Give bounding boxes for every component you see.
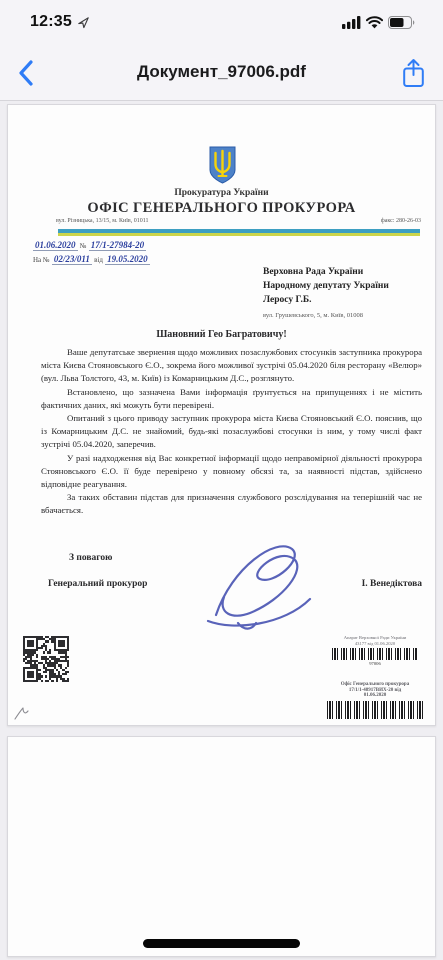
letter-body: Ваше депутатське звернення щодо можливих…: [41, 346, 422, 518]
outgoing-date: 01.06.2020: [33, 240, 78, 251]
letterhead-contact-row: вул. Різницька, 13/15, м. Київ, 01011 фа…: [56, 218, 421, 224]
signer-title: Генеральний прокурор: [48, 579, 147, 589]
paragraph: У разі надходження від Вас конкретної ін…: [41, 452, 422, 492]
document-title: Документ_97006.pdf: [137, 62, 306, 82]
share-button[interactable]: [397, 54, 429, 92]
cellular-signal-icon: [342, 16, 361, 29]
pdf-page-2: [7, 736, 436, 957]
from-label: від: [94, 256, 103, 264]
stamp-date: 01.06.2020: [325, 693, 425, 699]
stamp-reg-number: 43177 від 01.06.2020: [325, 641, 425, 647]
ukraine-trident-emblem: [209, 146, 236, 184]
incoming-number: 02/23/011: [52, 254, 92, 265]
org-address: вул. Різницька, 13/15, м. Київ, 01011: [56, 218, 149, 224]
prosecutor-office-stamp: Офіс Генерального прокурора 17/1/1-48917…: [325, 682, 425, 719]
pdf-scroll-view[interactable]: Прокуратура України ОФІС ГЕНЕРАЛЬНОГО ПР…: [0, 101, 443, 960]
pdf-page-1: Прокуратура України ОФІС ГЕНЕРАЛЬНОГО ПР…: [7, 104, 436, 726]
home-indicator[interactable]: [143, 939, 300, 948]
incoming-date: 19.05.2020: [105, 254, 150, 265]
barcode: [332, 648, 418, 660]
closing-regards: З повагою: [69, 553, 112, 563]
barcode: [327, 701, 423, 719]
flag-stripe: [58, 229, 420, 236]
chevron-left-icon: [18, 60, 33, 86]
paragraph: Встановлено, що зазначена Вами інформаці…: [41, 386, 422, 412]
share-icon: [402, 58, 425, 88]
status-bar: 12:35: [0, 0, 443, 44]
outgoing-number: 17/1-27984-20: [89, 240, 147, 251]
qr-code: [23, 636, 69, 682]
recipient-line: Народному депутату України: [263, 280, 389, 294]
number-sign: №: [80, 242, 87, 250]
clock: 12:35: [30, 13, 72, 31]
wifi-icon: [366, 16, 383, 29]
back-button[interactable]: [18, 56, 48, 90]
salutation: Шановний Гео Багратовичу!: [8, 329, 435, 340]
nav-bar: Документ_97006.pdf: [0, 44, 443, 101]
pen-mark: [13, 705, 31, 721]
org-fax: факс: 280-26-03: [381, 218, 421, 224]
location-arrow-icon: [77, 16, 90, 29]
handwritten-signature: [198, 533, 338, 633]
incoming-prefix: На №: [33, 256, 50, 264]
org-name-large: ОФІС ГЕНЕРАЛЬНОГО ПРОКУРОРА: [8, 200, 435, 217]
recipient-line: Верховна Рада України: [263, 266, 389, 280]
paragraph: Ваше депутатське звернення щодо можливих…: [41, 346, 422, 386]
org-name-small: Прокуратура України: [8, 188, 435, 198]
outgoing-ref-line: 01.06.2020 № 17/1-27984-20: [33, 240, 146, 250]
incoming-ref-line: На № 02/23/011 від 19.05.2020: [33, 254, 150, 264]
paragraph: Опитаний з цього приводу заступник проку…: [41, 412, 422, 452]
battery-icon: [388, 16, 415, 29]
recipient-block: Верховна Рада України Народному депутату…: [263, 266, 389, 321]
recipient-line: Леросу Г.Б.: [263, 294, 389, 308]
barcode-number: 97006: [325, 661, 425, 666]
parliament-registration-stamp: Апарат Верховної Ради України 43177 від …: [325, 635, 425, 666]
recipient-address: вул. Грушевського, 5, м. Київ, 01008: [263, 311, 389, 320]
paragraph: За таких обставин підстав для призначенн…: [41, 491, 422, 517]
